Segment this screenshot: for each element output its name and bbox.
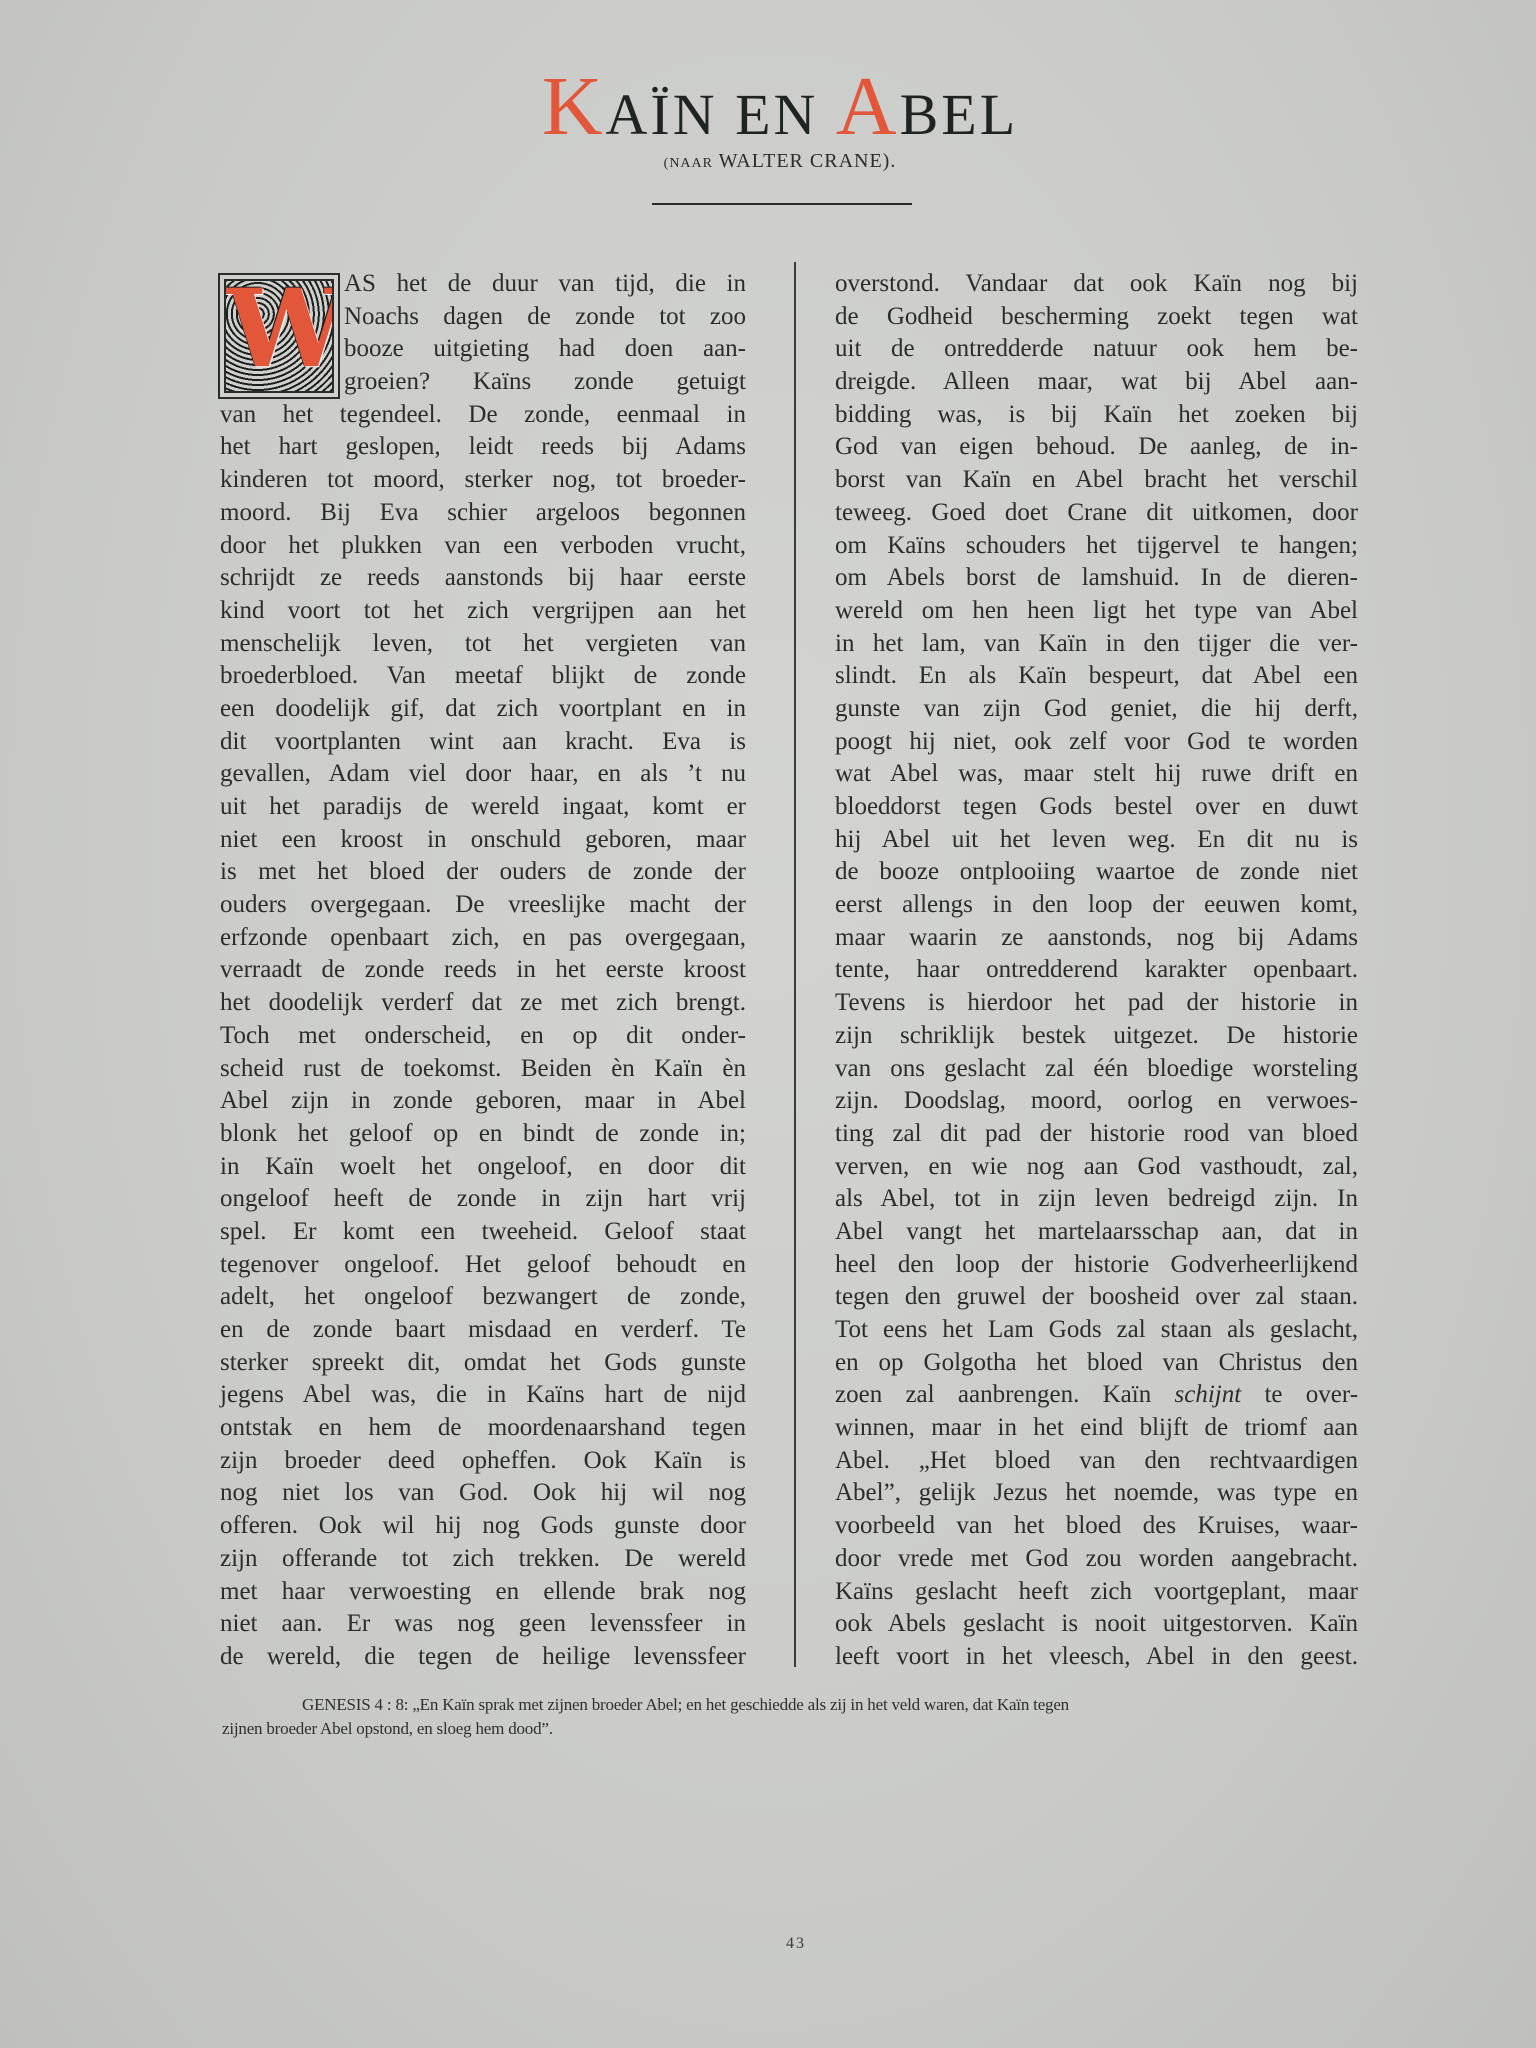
text-line: Toch met onderscheid, en op dit onder- — [220, 1020, 746, 1053]
text-line: en de zonde baart misdaad en verderf. Te — [220, 1314, 746, 1347]
text-line: van ons geslacht zal één bloedige worste… — [835, 1053, 1358, 1086]
text-line: voorbeeld van het bloed des Kruises, waa… — [835, 1510, 1358, 1543]
text-line: het hart geslopen, leidt reeds bij Adams — [220, 431, 746, 464]
text-line: om Kaïns schouders het tijgervel te hang… — [835, 530, 1358, 563]
text-line: erfzonde openbaart zich, en pas overgega… — [220, 922, 746, 955]
title-rest-kain-en: aïn en — [606, 82, 819, 147]
text-line: wereld om hen heen ligt het type van Abe… — [835, 595, 1358, 628]
text-line: dreigde. Alleen maar, wat bij Abel aan- — [835, 366, 1358, 399]
text-line: menschelijk leven, tot het vergieten van — [220, 628, 746, 661]
title-initial-a: A — [836, 60, 900, 153]
scripture-footnote: GENESIS 4 : 8: „En Kaïn sprak met zijnen… — [222, 1693, 1357, 1741]
text-line: broederbloed. Van meetaf blijkt de zonde — [220, 660, 746, 693]
text-line: een doodelijk gif, dat zich voortplant e… — [220, 693, 746, 726]
page-subtitle: (naar WALTER CRANE). — [0, 150, 1536, 173]
text-line: dit voortplanten wint aan kracht. Eva is — [220, 726, 746, 759]
text-line: hij Abel uit het leven weg. En dit nu is — [835, 824, 1358, 857]
text-line: in het lam, van Kaïn in den tijger die v… — [835, 628, 1358, 661]
text-line: door het plukken van een verboden vrucht… — [220, 530, 746, 563]
text-line: eerst allengs in den loop der eeuwen kom… — [835, 889, 1358, 922]
text-line: bidding was, is bij Kaïn het zoeken bij — [835, 399, 1358, 432]
page-title: Kaïn en Abel — [0, 58, 1536, 155]
text-line: maar waarin ze aanstonds, nog bij Adams — [835, 922, 1358, 955]
text-line: booze uitgieting had doen aan- — [344, 333, 746, 366]
text-line: de booze ontplooiing waartoe de zonde ni… — [835, 856, 1358, 889]
text-line: Kaïns geslacht heeft zich voortgeplant, … — [835, 1576, 1358, 1609]
text-line: als Abel, tot in zijn leven bedreigd zij… — [835, 1183, 1358, 1216]
title-initial-k: K — [542, 60, 606, 153]
footnote-line: zijnen broeder Abel opstond, en sloeg he… — [222, 1717, 1357, 1741]
text-line: om Abels borst de lamshuid. In de dieren… — [835, 562, 1358, 595]
title-rule-divider — [652, 203, 912, 205]
text-line: teweeg. Goed doet Crane dit uitkomen, do… — [835, 497, 1358, 530]
text-line-with-italic: zoen zal aanbrengen. Kaïn schijnt te ove… — [835, 1379, 1358, 1412]
title-rest-bel: bel — [900, 82, 1019, 147]
text-line: ouders overgegaan. De vreeslijke macht d… — [220, 889, 746, 922]
text-line: niet aan. Er was nog geen levenssfeer in — [220, 1608, 746, 1641]
text-line: sterker spreekt dit, omdat het Gods guns… — [220, 1347, 746, 1380]
text-line: borst van Kaïn en Abel bracht het versch… — [835, 464, 1358, 497]
column-divider — [794, 262, 796, 1667]
text-line: Abel. „Het bloed van den rechtvaardigen — [835, 1445, 1358, 1478]
text-line: ontstak en hem de moordenaarshand tegen — [220, 1412, 746, 1445]
text-segment: te over- — [1264, 1381, 1358, 1408]
footnote-line: GENESIS 4 : 8: „En Kaïn sprak met zijnen… — [302, 1693, 1357, 1717]
left-column-text: AS het de duur van tijd, die in Noachs d… — [220, 268, 746, 1674]
book-page: Kaïn en Abel (naar WALTER CRANE). W AS h… — [0, 0, 1536, 2048]
text-line: Tot eens het Lam Gods zal staan als gesl… — [835, 1314, 1358, 1347]
text-line: het doodelijk verderf dat ze met zich br… — [220, 987, 746, 1020]
text-line: ongeloof heeft de zonde in zijn hart vri… — [220, 1183, 746, 1216]
text-line: uit het paradijs de wereld ingaat, komt … — [220, 791, 746, 824]
text-line: winnen, maar in het eind blijft de triom… — [835, 1412, 1358, 1445]
text-line: de Godheid bescherming zoekt tegen wat — [835, 301, 1358, 334]
text-line: slindt. En als Kaïn bespeurt, dat Abel e… — [835, 660, 1358, 693]
text-line: groeien? Kaïns zonde getuigt — [344, 366, 746, 399]
text-line: zijn offerande tot zich trekken. De were… — [220, 1543, 746, 1576]
text-line: verven, en wie nog aan God vasthoudt, za… — [835, 1151, 1358, 1184]
text-line: kind voort tot het zich vergrijpen aan h… — [220, 595, 746, 628]
text-line: zijn broeder deed opheffen. Ook Kaïn is — [220, 1445, 746, 1478]
text-line: spel. Er komt een tweeheid. Geloof staat — [220, 1216, 746, 1249]
text-line: Abel zijn in zonde geboren, maar in Abel — [220, 1085, 746, 1118]
text-line: Abel”, gelijk Jezus het noemde, was type… — [835, 1477, 1358, 1510]
text-line: is met het bloed der ouders de zonde der — [220, 856, 746, 889]
text-line: met haar verwoesting en ellende brak nog — [220, 1576, 746, 1609]
text-line: tegen den gruwel der boosheid over zal s… — [835, 1281, 1358, 1314]
text-line: adelt, het ongeloof bezwangert de zonde, — [220, 1281, 746, 1314]
text-line: poogt hij niet, ook zelf voor God te wor… — [835, 726, 1358, 759]
text-line: gevallen, Adam viel door haar, en als ’t… — [220, 758, 746, 791]
text-line: zijn schriklijk bestek uitgezet. De hist… — [835, 1020, 1358, 1053]
text-line: kinderen tot moord, sterker nog, tot bro… — [220, 464, 746, 497]
text-segment: zoen zal aanbrengen. Kaïn — [835, 1381, 1151, 1408]
text-line: ting zal dit pad der historie rood van b… — [835, 1118, 1358, 1151]
text-line: door vrede met God zou worden aangebrach… — [835, 1543, 1358, 1576]
text-line: niet een kroost in onschuld geboren, maa… — [220, 824, 746, 857]
text-line: Tevens is hierdoor het pad der historie … — [835, 987, 1358, 1020]
text-line: de wereld, die tegen de heilige levenssf… — [220, 1641, 746, 1674]
page-number: 43 — [0, 1935, 1536, 1953]
text-line: van het tegendeel. De zonde, eenmaal in — [220, 399, 746, 432]
text-line: in Kaïn woelt het ongeloof, en door dit — [220, 1151, 746, 1184]
text-line: bloeddorst tegen Gods bestel over en duw… — [835, 791, 1358, 824]
text-line: Abel vangt het martelaarsschap aan, dat … — [835, 1216, 1358, 1249]
text-line: AS het de duur van tijd, die in — [344, 268, 746, 301]
right-column-text: overstond. Vandaar dat ook Kaïn nog bij … — [835, 268, 1358, 1674]
text-line: wat Abel was, maar stelt hij ruwe drift … — [835, 758, 1358, 791]
text-line: moord. Bij Eva schier argeloos begonnen — [220, 497, 746, 530]
text-line: offeren. Ook wil hij nog Gods gunste doo… — [220, 1510, 746, 1543]
subtitle-naar: (naar — [664, 156, 713, 171]
text-line: uit de ontredderde natuur ook hem be- — [835, 333, 1358, 366]
subtitle-author: WALTER CRANE). — [719, 150, 897, 172]
text-line: Noachs dagen de zonde tot zoo — [344, 301, 746, 334]
text-line: jegens Abel was, die in Kaïns hart de ni… — [220, 1379, 746, 1412]
text-line: overstond. Vandaar dat ook Kaïn nog bij — [835, 268, 1358, 301]
text-line: zijn. Doodslag, moord, oorlog en verwoes… — [835, 1085, 1358, 1118]
text-line: ook Abels geslacht is nooit uitgestorven… — [835, 1608, 1358, 1641]
text-line: tente, haar ontredderend karakter openba… — [835, 954, 1358, 987]
text-line: schrijdt ze reeds aanstonds bij haar eer… — [220, 562, 746, 595]
text-line: verraadt de zonde reeds in het eerste kr… — [220, 954, 746, 987]
text-line: gunste van zijn God geniet, die hij derf… — [835, 693, 1358, 726]
text-line: God van eigen behoud. De aanleg, de in- — [835, 431, 1358, 464]
text-line: scheid rust de toekomst. Beiden èn Kaïn … — [220, 1053, 746, 1086]
text-line: tegenover ongeloof. Het geloof behoudt e… — [220, 1249, 746, 1282]
text-line: leeft voort in het vleesch, Abel in den … — [835, 1641, 1358, 1674]
text-line: blonk het geloof op en bindt de zonde in… — [220, 1118, 746, 1151]
text-line: en op Golgotha het bloed van Christus de… — [835, 1347, 1358, 1380]
text-line: nog niet los van God. Ook hij wil nog — [220, 1477, 746, 1510]
text-line: heel den loop der historie Godverheerlij… — [835, 1249, 1358, 1282]
italic-word: schijnt — [1175, 1381, 1242, 1408]
